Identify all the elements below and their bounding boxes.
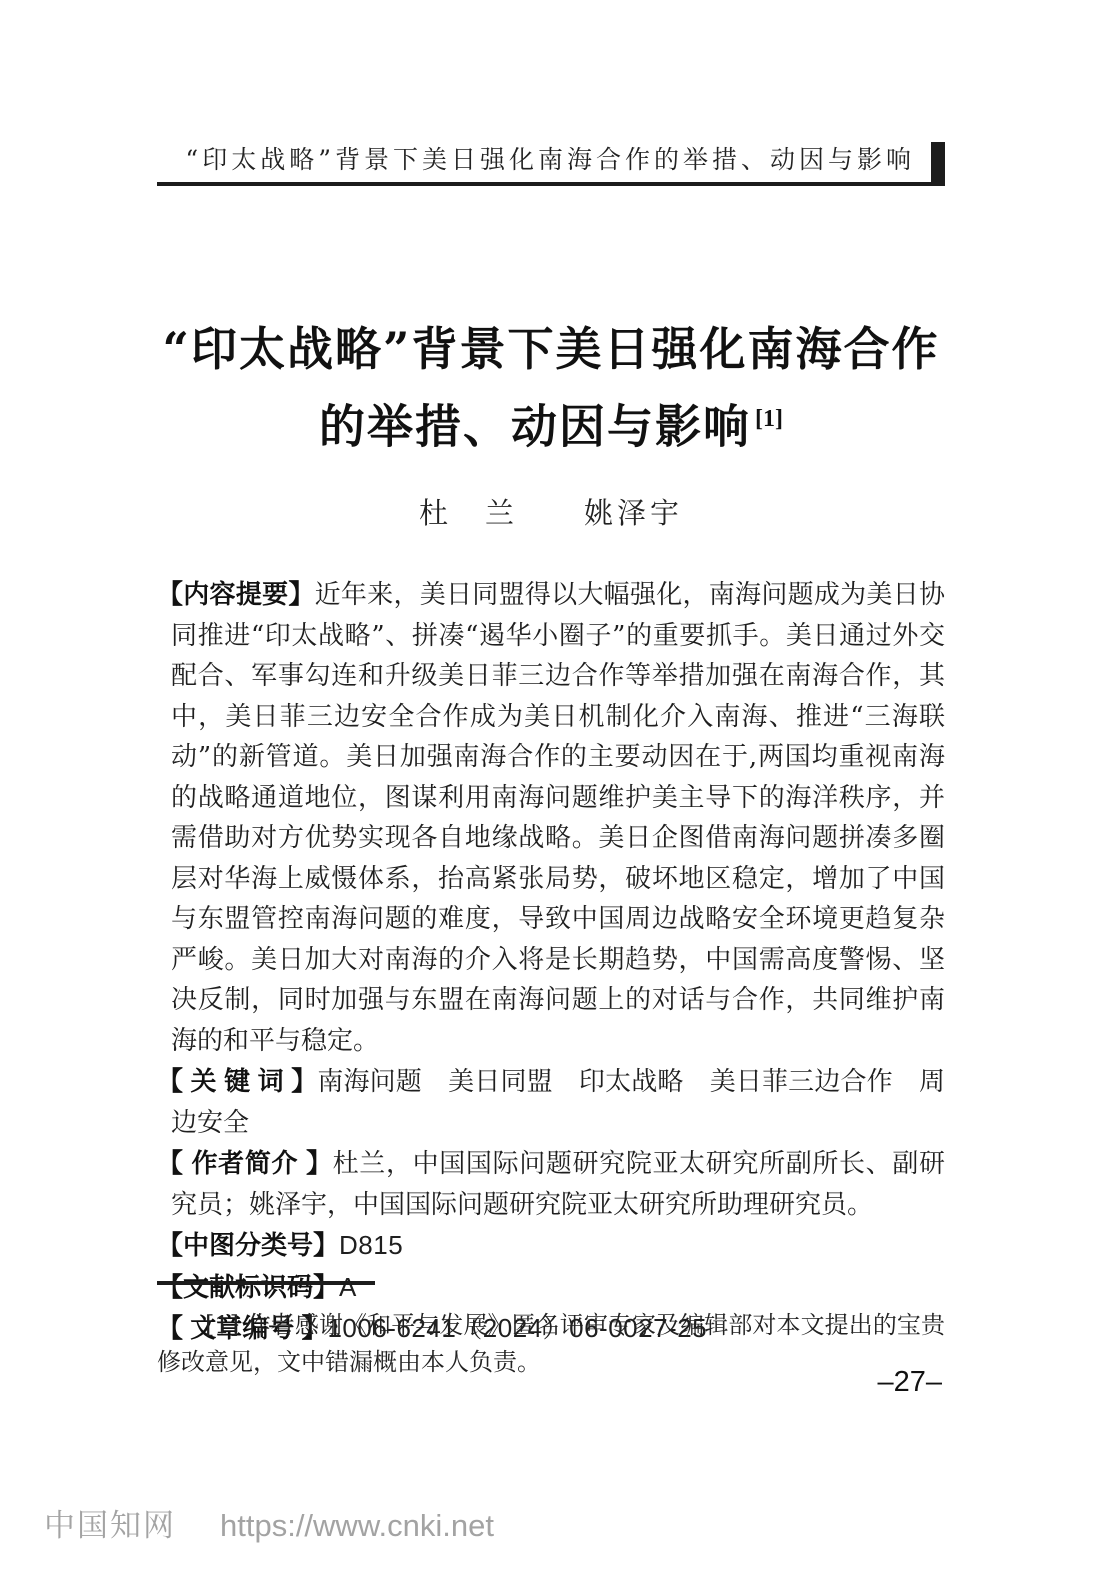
clc-number-label: 【中图分类号】 xyxy=(157,1230,339,1260)
footnote-paragraph: [1] 作者感谢《和平与发展》匿名评审专家及编辑部对本文提出的宝贵修改意见，文中… xyxy=(157,1307,945,1381)
footnote-text: 作者感谢《和平与发展》匿名评审专家及编辑部对本文提出的宝贵修改意见，文中错漏概由… xyxy=(157,1311,945,1376)
footnote-block: [1] 作者感谢《和平与发展》匿名评审专家及编辑部对本文提出的宝贵修改意见，文中… xyxy=(157,1281,945,1381)
running-header-rule: “印太战略”背景下美日强化南海合作的举措、动因与影响 xyxy=(157,138,945,186)
keywords-label: 【 关 键 词 】 xyxy=(157,1066,317,1096)
header-end-bar xyxy=(931,142,945,182)
clc-number-paragraph: 【中图分类号】D815 xyxy=(157,1225,945,1267)
article-meta-block: 【内容提要】近年来，美日同盟得以大幅强化，南海问题成为美日协同推进“印太战略”、… xyxy=(157,574,945,1350)
authors-line: 杜 兰 姚泽宇 xyxy=(0,491,1102,532)
author-bio-paragraph: 【 作者简介 】杜兰，中国国际问题研究院亚太研究所副所长、副研究员；姚泽宇，中国… xyxy=(157,1143,945,1225)
keywords-paragraph: 【 关 键 词 】南海问题 美日同盟 印太战略 美日菲三边合作 周边安全 xyxy=(157,1061,945,1143)
article-title-line2: 的举措、动因与影响 xyxy=(319,399,751,453)
running-header: “印太战略”背景下美日强化南海合作的举措、动因与影响 xyxy=(157,0,945,186)
cnki-url: https://www.cnki.net xyxy=(220,1508,494,1544)
clc-number-value: D815 xyxy=(339,1230,403,1260)
article-title-line1: “印太战略”背景下美日强化南海合作 xyxy=(163,322,940,376)
abstract-paragraph: 【内容提要】近年来，美日同盟得以大幅强化，南海问题成为美日协同推进“印太战略”、… xyxy=(157,574,945,1061)
article-title: “印太战略”背景下美日强化南海合作 的举措、动因与影响[1] xyxy=(0,314,1102,461)
footnote-separator-rule xyxy=(157,1281,375,1285)
cnki-site-name: 中国知网 xyxy=(44,1500,176,1545)
running-header-title: “印太战略”背景下美日强化南海合作的举措、动因与影响 xyxy=(185,140,915,176)
scanned-paper-page: “印太战略”背景下美日强化南海合作的举措、动因与影响 “印太战略”背景下美日强化… xyxy=(0,0,1102,1575)
abstract-text: 近年来，美日同盟得以大幅强化，南海问题成为美日协同推进“印太战略”、拼凑“遏华小… xyxy=(171,580,945,1056)
title-footnote-marker: [1] xyxy=(755,406,783,432)
author-bio-label: 【 作者简介 】 xyxy=(157,1148,333,1178)
abstract-label: 【内容提要】 xyxy=(157,579,315,609)
cnki-watermark: 中国知网 https://www.cnki.net xyxy=(44,1500,494,1545)
footnote-marker: [1] xyxy=(205,1311,239,1339)
page-number: –27– xyxy=(877,1366,942,1399)
